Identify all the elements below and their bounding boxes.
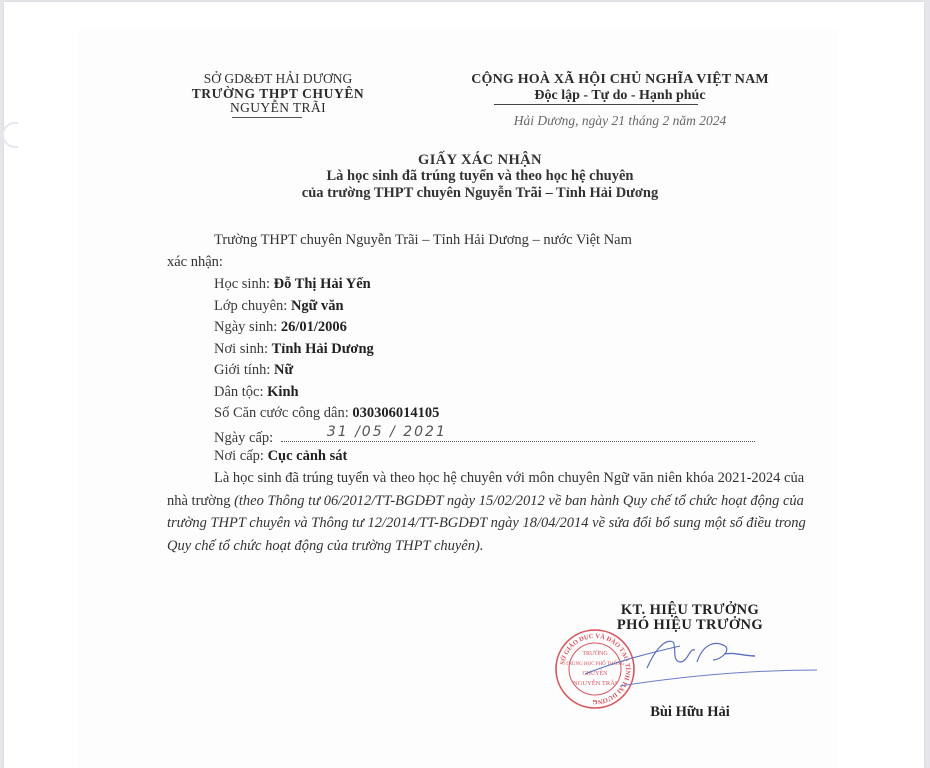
national-motto: Độc lập - Tự do - Hạnh phúc — [430, 88, 810, 104]
field-ethnicity: Dân tộc: Kinh — [214, 384, 299, 401]
field-place-of-birth: Nơi sinh: Tỉnh Hải Dương — [214, 341, 374, 358]
field-student-name: Học sinh: Đỗ Thị Hải Yến — [214, 276, 371, 293]
field-value: Đỗ Thị Hải Yến — [274, 276, 371, 292]
header-left-underline — [232, 117, 302, 118]
field-label: Nơi cấp: — [214, 448, 268, 464]
field-value: Cục cảnh sát — [268, 448, 348, 464]
field-label: Số Căn cước công dân: — [214, 405, 352, 421]
field-label: Ngày cấp: — [214, 430, 277, 446]
national-title: CỘNG HOÀ XÃ HỘI CHỦ NGHĨA VIỆT NAM — [430, 72, 810, 88]
issue-date: Hải Dương, ngày 21 tháng 2 năm 2024 — [430, 113, 810, 129]
field-label: Nơi sinh: — [214, 341, 272, 357]
field-value: 26/01/2006 — [281, 319, 347, 335]
field-label: Ngày sinh: — [214, 319, 281, 335]
dotted-fill-line: 31 /05 / 2021 — [281, 427, 755, 442]
field-citizen-id: Số Căn cước công dân: 030306014105 — [214, 405, 439, 422]
confirmation-paragraph: Là học sinh đã trúng tuyển và theo học h… — [167, 467, 807, 557]
header-right-underline — [494, 104, 698, 105]
handwritten-value: 31 /05 / 2021 — [327, 424, 447, 440]
department-name: SỞ GD&ĐT HẢI DƯƠNG — [158, 71, 398, 87]
field-value: Ngữ văn — [291, 298, 344, 314]
field-value: Kinh — [267, 384, 298, 400]
document-title: GIẤY XÁC NHẬN — [230, 152, 730, 169]
signatory-name: Bùi Hữu Hải — [560, 704, 820, 721]
field-issue-place: Nơi cấp: Cục cảnh sát — [214, 448, 347, 465]
field-date-of-birth: Ngày sinh: 26/01/2006 — [214, 319, 347, 336]
field-specialized-class: Lớp chuyên: Ngữ văn — [214, 298, 344, 315]
field-issue-date: Ngày cấp: 31 /05 / 2021 — [214, 427, 755, 447]
field-value: 030306014105 — [352, 405, 439, 421]
field-label: Dân tộc: — [214, 384, 267, 400]
handwritten-signature — [585, 632, 825, 692]
document-subtitle-1: Là học sinh đã trúng tuyển và theo học h… — [230, 168, 730, 185]
document-subtitle-2: của trường THPT chuyên Nguyễn Trãi – Tỉn… — [230, 185, 730, 202]
intro-line-2: xác nhận: — [167, 254, 223, 271]
field-value: Tỉnh Hải Dương — [272, 341, 374, 357]
field-value: Nữ — [274, 362, 293, 378]
intro-line-1: Trường THPT chuyên Nguyễn Trãi – Tỉnh Hả… — [214, 232, 632, 249]
school-name-line2: NGUYỄN TRÃI — [158, 100, 398, 116]
field-label: Học sinh: — [214, 276, 274, 292]
field-label: Giới tính: — [214, 362, 274, 378]
paragraph-legal-reference: (theo Thông tư 06/2012/TT-BGDĐT ngày 15/… — [167, 493, 806, 554]
field-label: Lớp chuyên: — [214, 298, 291, 314]
field-gender: Giới tính: Nữ — [214, 362, 293, 379]
